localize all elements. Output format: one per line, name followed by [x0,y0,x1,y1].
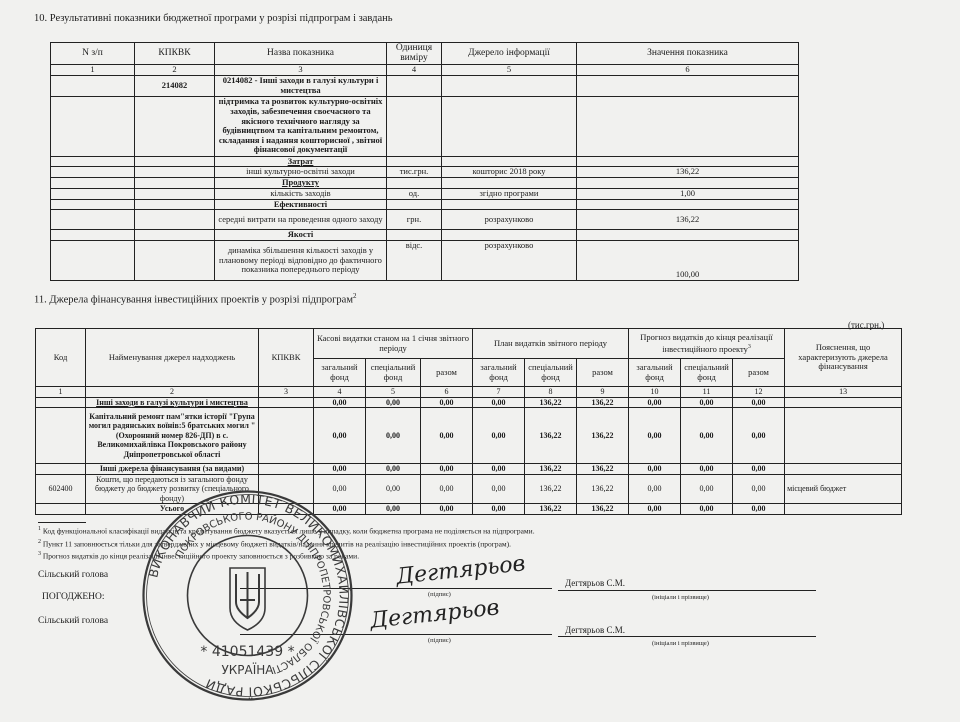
row-value: 0,00 [314,408,366,464]
row-value: 0,00 [366,464,421,475]
name-line-2 [558,636,816,637]
header-number: N з/п [51,43,135,65]
funding-row: Капітальний ремонт пам"ятки історії "Гру… [36,408,902,464]
col-num: 6 [421,387,473,398]
row-value: 136,22 [525,397,577,408]
indicator-unit: відс. [387,240,442,280]
row-name: Інші джерела фінансування (за видами) [86,464,259,475]
row-value: 0,00 [314,464,366,475]
program-kpkvk: 214082 [135,75,215,96]
row-value: 0,00 [421,397,473,408]
col-num: 3 [259,387,314,398]
row-value: 0,00 [366,408,421,464]
row-kpkvk [259,408,314,464]
row-value: 0,00 [473,474,525,504]
row-value: 0,00 [681,464,733,475]
funding-row: Інші джерела фінансування (за видами)0,0… [36,464,902,475]
section-11-title-text: 11. Джерела фінансування інвестиційних п… [34,295,353,306]
row-value: 0,00 [629,464,681,475]
row-name: Капітальний ремонт пам"ятки історії "Гру… [86,408,259,464]
row-value: 0,00 [681,504,733,515]
row-value: 0,00 [681,408,733,464]
indicator-name: динаміка збільшення кількості заходів у … [215,240,387,280]
col-num: 7 [473,387,525,398]
indicator-name: середні витрати на проведення одного зах… [215,210,387,230]
signature-caption-1: (підпис) [428,591,451,598]
indicator-row: інші культурно-освітні заходи тис.грн. к… [51,167,799,178]
footnote-num: 2 [38,539,41,545]
signature-caption-2: (підпис) [428,637,451,644]
task-row: підтримка та розвиток культурно-освітніх… [51,96,799,156]
row-value: 0,00 [629,397,681,408]
indicator-row: динаміка збільшення кількості заходів у … [51,240,799,280]
indicator-source: розрахунково [442,210,577,230]
col-num: 3 [215,65,387,76]
row-value: 0,00 [473,408,525,464]
row-value: 0,00 [733,397,785,408]
row-name: Інші заходи в галузі культури і мистецтв… [86,397,259,408]
group-title: Якості [215,230,387,241]
signature-2: Дегтярьов [369,595,500,633]
row-note [785,408,902,464]
col-num: 4 [387,65,442,76]
footnote-num: 3 [38,551,41,557]
row-value: 0,00 [366,474,421,504]
row-value: 0,00 [733,464,785,475]
col-num: 1 [36,387,86,398]
row-value: 136,22 [577,464,629,475]
header-unit: Одиниця виміру [387,43,442,65]
header-plan: План видатків звітного періоду [473,329,629,359]
program-row: 214082 0214082 - Інші заходи в галузі ку… [51,75,799,96]
stamp-country: УКРАЇНА [221,662,274,677]
row-value: 0,00 [733,504,785,515]
column-number-row: 1 2 3 4 5 6 [51,65,799,76]
col-num: 2 [135,65,215,76]
subheader-total: разом [421,359,473,387]
row-value: 0,00 [629,504,681,515]
row-code [36,504,86,515]
row-note [785,504,902,515]
subheader-general: загальний фонд [473,359,525,387]
subheader-general: загальний фонд [629,359,681,387]
funding-row: Інші заходи в галузі культури і мистецтв… [36,397,902,408]
group-title: Ефективності [215,199,387,210]
indicator-value: 1,00 [577,188,799,199]
row-value: 0,00 [733,408,785,464]
row-note [785,397,902,408]
row-code: 602400 [36,474,86,504]
head-label-2: Сільський голова [38,616,108,626]
header-value: Значення показника [577,43,799,65]
col-num: 9 [577,387,629,398]
group-title: Затрат [215,156,387,167]
section-11-title: 11. Джерела фінансування інвестиційних п… [34,292,357,306]
row-value: 136,22 [577,408,629,464]
subheader-special: спеціальний фонд [681,359,733,387]
row-value: 0,00 [629,408,681,464]
row-value: 0,00 [473,397,525,408]
row-value: 0,00 [421,504,473,515]
performance-indicators-table: N з/п КПКВК Назва показника Одиниця вимі… [50,42,799,281]
row-value: 0,00 [733,474,785,504]
agreed-label: ПОГОДЖЕНО: [42,592,105,602]
row-value: 0,00 [629,474,681,504]
row-value: 136,22 [577,504,629,515]
col-num: 5 [366,387,421,398]
col-num: 12 [733,387,785,398]
column-number-row: 12345678910111213 [36,387,902,398]
row-value: 0,00 [421,464,473,475]
group-title: Продукту [215,178,387,189]
col-num: 2 [86,387,259,398]
row-value: 0,00 [421,408,473,464]
indicator-unit: грн. [387,210,442,230]
indicator-unit: од. [387,188,442,199]
indicator-source: розрахунково [442,240,577,280]
header-kpkvk: КПКВК [259,329,314,387]
row-value: 0,00 [681,474,733,504]
header-explanation: Пояснення, що характеризують джерела фін… [785,329,902,387]
name-caption-2: (ініціали і прізвище) [652,640,709,647]
subheader-special: спеціальний фонд [366,359,421,387]
row-value: 0,00 [473,464,525,475]
row-value: 0,00 [681,397,733,408]
row-value: 0,00 [366,504,421,515]
indicator-row: середні витрати на проведення одного зах… [51,210,799,230]
trident-emblem-icon [230,568,265,630]
header-kpkvk: КПКВК [135,43,215,65]
col-num: 10 [629,387,681,398]
indicator-row: кількість заходів од. згідно програми 1,… [51,188,799,199]
header-forecast: Прогноз видатків до кінця реалізації інв… [629,329,785,359]
indicator-value: 136,22 [577,210,799,230]
row-value: 0,00 [314,397,366,408]
name-line-1 [558,590,816,591]
subheader-general: загальний фонд [314,359,366,387]
col-num: 6 [577,65,799,76]
stamp-code: * 41051439 * [200,644,294,660]
section-10-title: 10. Результативні показники бюджетної пр… [34,13,393,24]
footnote-num: 1 [38,526,41,532]
header-code: Код [36,329,86,387]
subheader-total: разом [733,359,785,387]
row-code [36,408,86,464]
footnote-ref: 3 [748,344,751,350]
header-source: Джерело інформації [442,43,577,65]
row-value: 136,22 [525,408,577,464]
row-value: 0,00 [366,397,421,408]
row-code [36,397,86,408]
row-value: 0,00 [421,474,473,504]
subheader-total: разом [577,359,629,387]
row-note [785,464,902,475]
row-value: 136,22 [577,474,629,504]
header-source-name: Найменування джерел надходжень [86,329,259,387]
subheader-special: спеціальний фонд [525,359,577,387]
indicator-unit: тис.грн. [387,167,442,178]
row-kpkvk [259,464,314,475]
investment-funding-table: Код Найменування джерел надходжень КПКВК… [35,328,902,515]
row-value: 136,22 [525,504,577,515]
row-value: 136,22 [525,464,577,475]
head-label: Сільський голова [38,570,108,580]
program-name: 0214082 - Інші заходи в галузі культури … [215,75,387,96]
row-note: місцевий бюджет [785,474,902,504]
document-page: 10. Результативні показники бюджетної пр… [0,0,960,722]
indicator-source: згідно програми [442,188,577,199]
signer-name-2: Дегтярьов С.М. [565,625,625,635]
header-cash-expenses: Касові видатки станом на 1 січня звітног… [314,329,473,359]
indicator-name: інші культурно-освітні заходи [215,167,387,178]
row-value: 136,22 [525,474,577,504]
signer-name-1: Дегтярьов С.М. [565,578,625,588]
name-caption-1: (ініціали і прізвище) [652,594,709,601]
col-num: 1 [51,65,135,76]
footnote-ref: 2 [353,292,357,300]
indicator-value: 100,00 [577,240,799,280]
col-num: 13 [785,387,902,398]
header-forecast-text: Прогноз видатків до кінця реалізації інв… [640,332,773,353]
row-value: 136,22 [577,397,629,408]
official-stamp: ВИКОНАВЧИЙ КОМІТЕТ ВЕЛИКОМИХАЙЛІВСЬКОЇ С… [140,488,355,703]
indicator-source: кошторис 2018 року [442,167,577,178]
col-num: 8 [525,387,577,398]
col-num: 11 [681,387,733,398]
row-value: 0,00 [473,504,525,515]
row-kpkvk [259,397,314,408]
col-num: 4 [314,387,366,398]
indicator-name: кількість заходів [215,188,387,199]
indicator-value: 136,22 [577,167,799,178]
header-indicator-name: Назва показника [215,43,387,65]
task-description: підтримка та розвиток культурно-освітніх… [215,96,387,156]
row-code [36,464,86,475]
col-num: 5 [442,65,577,76]
